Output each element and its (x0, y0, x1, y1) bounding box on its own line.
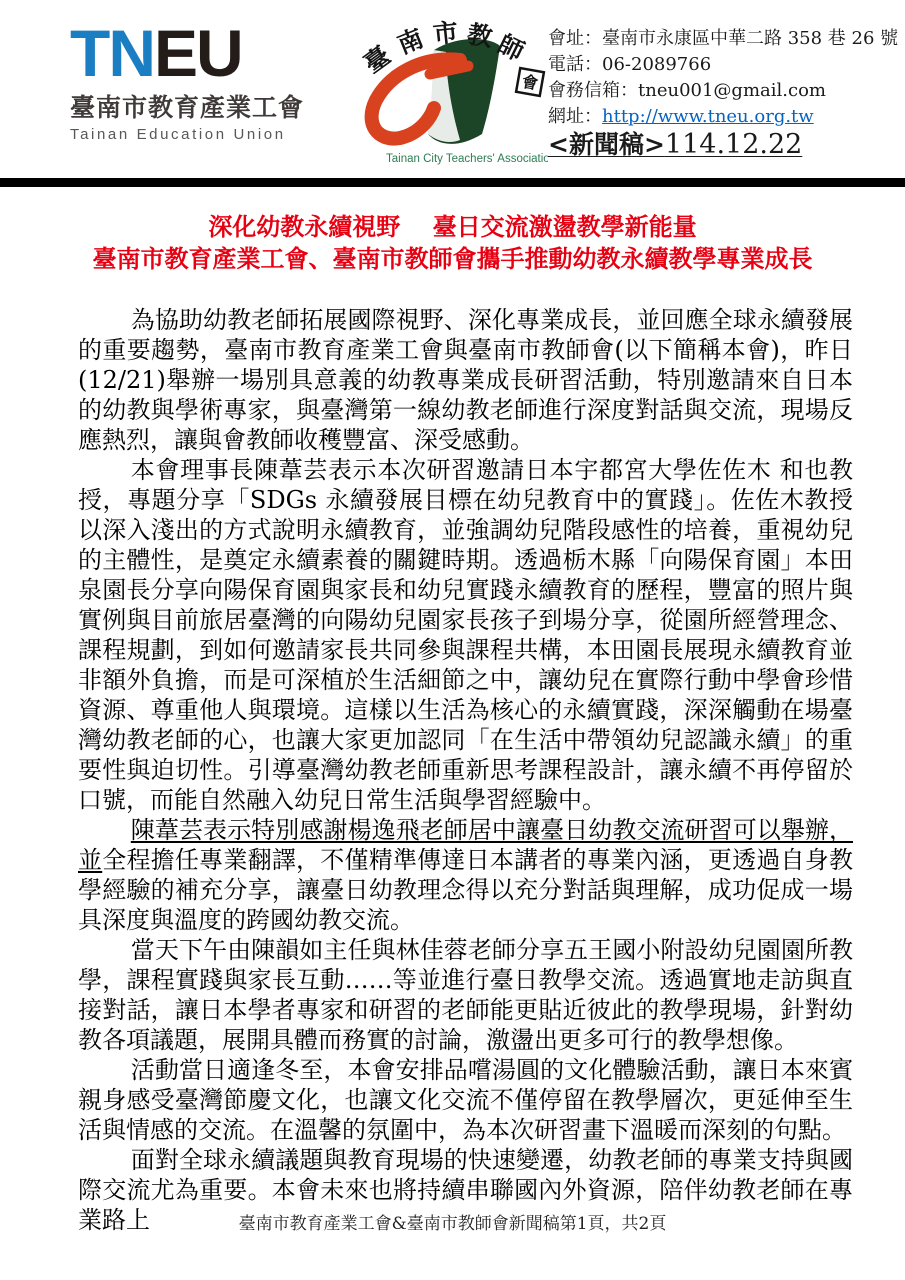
paragraph-3-rest-text: 全程擔任專業翻譯，不僅精準傳達日本講者的專業內涵，更透過自身教學經驗的補充分享，… (78, 846, 853, 934)
tneu-wordmark: TNEU (70, 22, 308, 84)
tcta-arc-char-2: 南 (393, 23, 427, 59)
tcta-swoosh-bar (430, 66, 468, 74)
tneu-chinese-name: 臺南市教育產業工會 (70, 88, 308, 124)
tcta-logo-graphic: 臺 南 市 教 師 會 Tainan City Teachers' Associ… (334, 16, 548, 168)
tneu-wordmark-eu: EU (154, 16, 242, 90)
paragraph-3: 陳葦芸表示特別感謝楊逸飛老師居中讓臺日幼教交流研習可以舉辦，並全程擔任專業翻譯，… (78, 815, 853, 935)
paragraph-4: 當天下午由陳韻如主任與林佳蓉老師分享五王國小附設幼兒園園所教學，課程實踐與家長互… (78, 935, 853, 1055)
paragraph-2: 本會理事長陳葦芸表示本次研習邀請日本宇都宮大學佐佐木 和也教授，專題分享「SDG… (78, 455, 853, 815)
press-release-page: TNEU 臺南市教育產業工會 Tainan Education Union 臺 … (0, 0, 905, 1280)
contact-phone: 電話：06-2089766 (548, 52, 905, 78)
tcta-arc-char-5: 師 (493, 29, 528, 66)
header-divider-rule (0, 178, 905, 187)
footer-page-info: 臺南市教育產業工會&臺南市教師會新聞稿第1頁，共2頁 (0, 1209, 905, 1234)
contact-website-label: 網址： (548, 106, 602, 127)
tcta-seal-char: 會 (520, 72, 539, 93)
press-release-body: 為協助幼教老師拓展國際視野、深化專業成長，並回應全球永續發展的重要趨勢，臺南市教… (0, 275, 905, 1235)
tcta-caption: Tainan City Teachers' Association (386, 153, 548, 165)
title-block: 深化幼教永續視野 臺日交流激盪教學新能量 臺南市教育產業工會、臺南市教師會攜手推… (0, 211, 905, 275)
tcta-arc-char-3: 市 (432, 18, 460, 49)
press-release-tag: <新聞稿> (548, 130, 665, 159)
contact-block: 會址：臺南市永康區中華二路 358 巷 26 號 電話：06-2089766 會… (548, 22, 905, 161)
contact-email: 會務信箱：tneu001@gmail.com (548, 78, 905, 104)
press-release-date: 114.12.22 (665, 129, 802, 160)
tcta-logo: 臺 南 市 教 師 會 Tainan City Teachers' Associ… (334, 16, 548, 172)
tneu-logo: TNEU 臺南市教育產業工會 Tainan Education Union (70, 22, 308, 143)
contact-website-line: 網址：http://www.tneu.org.tw (548, 104, 905, 130)
tcta-seal: 會 (516, 68, 544, 96)
press-release-tag-line: <新聞稿>114.12.22 (548, 132, 905, 161)
header: TNEU 臺南市教育產業工會 Tainan Education Union 臺 … (0, 0, 905, 172)
tneu-english-name: Tainan Education Union (70, 126, 308, 143)
contact-address: 會址：臺南市永康區中華二路 358 巷 26 號 (548, 26, 905, 52)
website-link[interactable]: http://www.tneu.org.tw (602, 106, 814, 127)
paragraph-5: 活動當日適逢冬至，本會安排品嚐湯圓的文化體驗活動，讓日本來賓親身感受臺灣節慶文化… (78, 1055, 853, 1145)
title-line-1: 深化幼教永續視野 臺日交流激盪教學新能量 (0, 211, 905, 243)
title-line-2: 臺南市教育產業工會、臺南市教師會攜手推動幼教永續教學專業成長 (0, 243, 905, 275)
tneu-wordmark-tn: TN (70, 16, 154, 90)
paragraph-1: 為協助幼教老師拓展國際視野、深化專業成長，並回應全球永續發展的重要趨勢，臺南市教… (78, 305, 853, 455)
